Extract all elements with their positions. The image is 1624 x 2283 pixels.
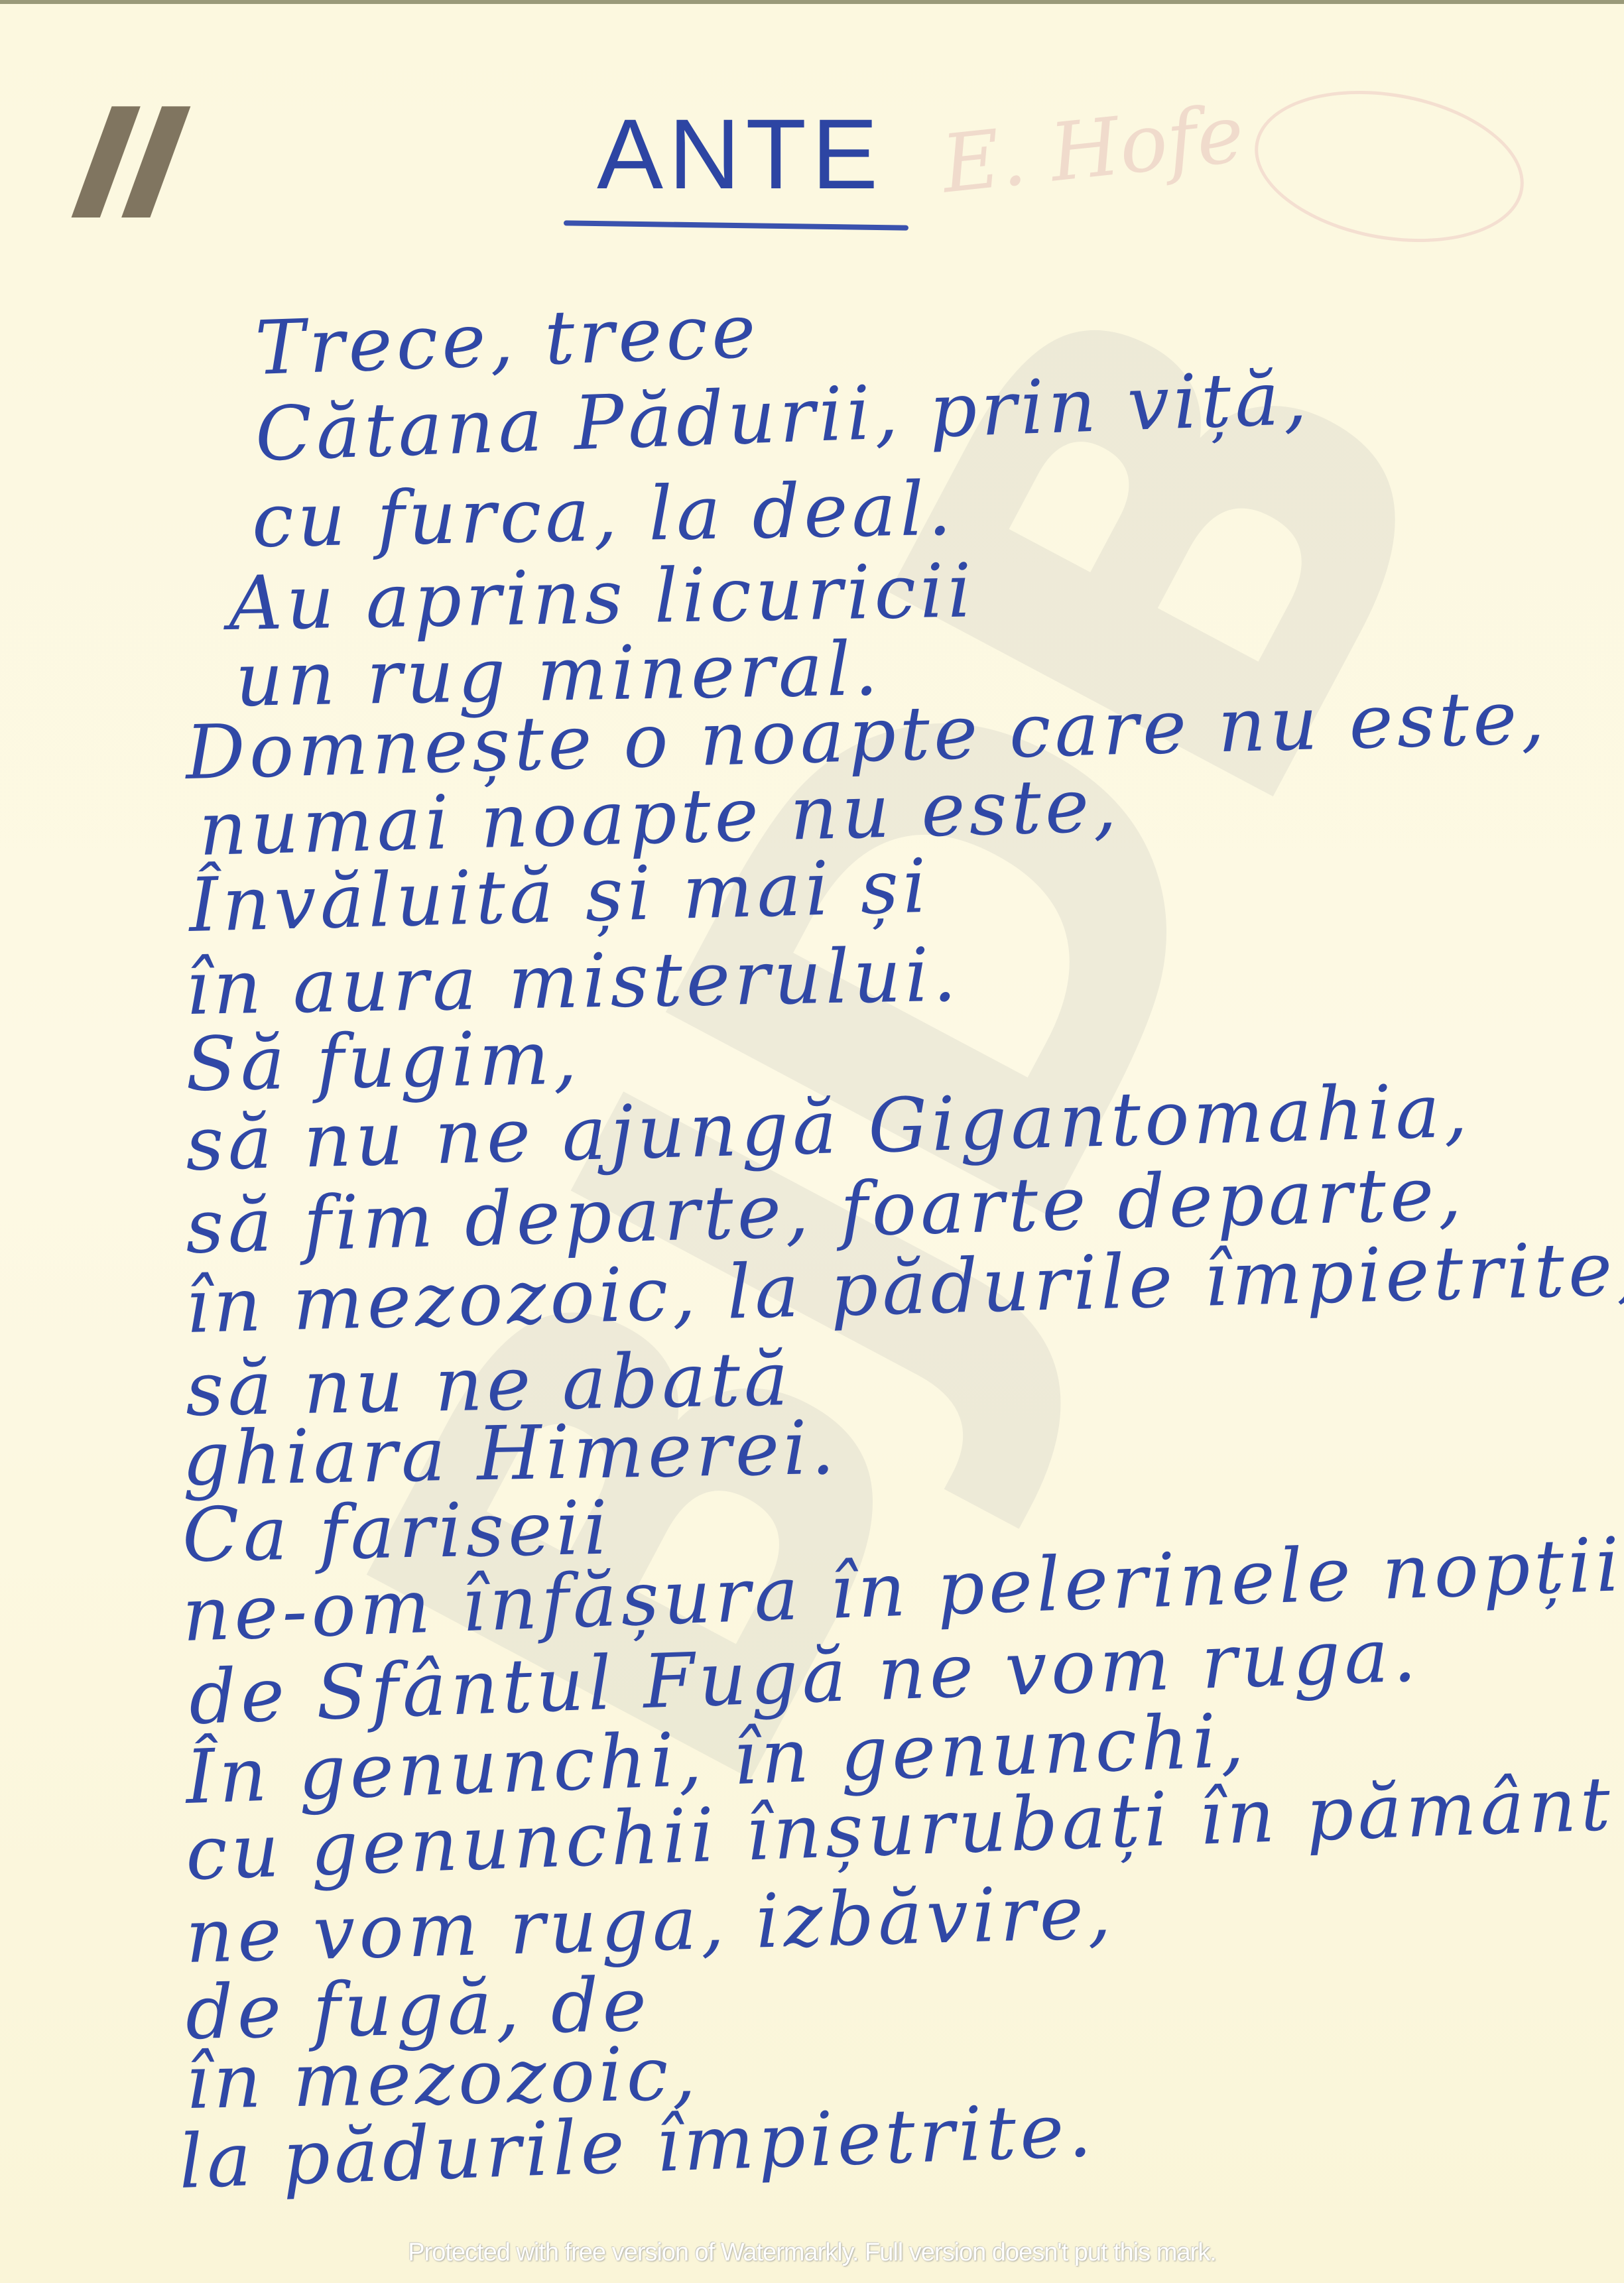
poem-body: Trece, trece Cătana Pădurii, prin viță, …: [0, 4, 1624, 2283]
manuscript-page: BJDB II ANTE E. Hofe Trece, trece Cătana…: [0, 0, 1624, 2283]
poem-line: Învăluită și mai și: [188, 843, 931, 949]
watermarkly-notice: Protected with free version of Watermark…: [0, 2239, 1624, 2267]
